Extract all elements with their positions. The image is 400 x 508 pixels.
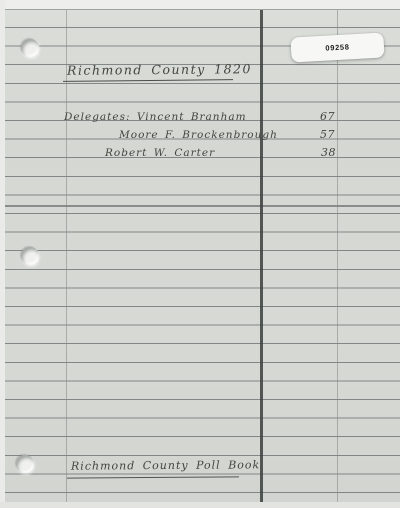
delegate-row-votes: 38 bbox=[321, 146, 336, 159]
delegate-row-name: Robert W. Carter bbox=[105, 147, 215, 159]
page-title: Richmond County 1820 bbox=[67, 61, 252, 78]
punch-hole-bottom bbox=[16, 455, 34, 473]
delegate-row-votes: 57 bbox=[320, 128, 335, 141]
page-top-edge bbox=[0, 0, 400, 10]
delegate-row-name: Delegates: Vincent Branham bbox=[64, 111, 247, 123]
punch-hole-top bbox=[21, 39, 39, 57]
page-left-edge bbox=[0, 0, 5, 508]
catalog-number: 09258 bbox=[325, 42, 350, 52]
footer-title: Richmond County Poll Book bbox=[71, 458, 260, 472]
right-sheet-edge-line bbox=[337, 0, 338, 508]
punch-hole-middle bbox=[21, 247, 39, 265]
page-bottom-edge bbox=[0, 502, 400, 508]
delegate-row-name: Moore F. Brockenbrough bbox=[119, 129, 278, 141]
catalog-label: 09258 bbox=[290, 32, 384, 62]
underlying-sheet-edge bbox=[0, 205, 400, 207]
scanned-page: 09258 Richmond County 1820 Delegates: Vi… bbox=[0, 0, 400, 508]
delegate-row-votes: 67 bbox=[320, 110, 335, 123]
ruled-lines bbox=[0, 27, 400, 495]
margin-line bbox=[260, 0, 263, 508]
